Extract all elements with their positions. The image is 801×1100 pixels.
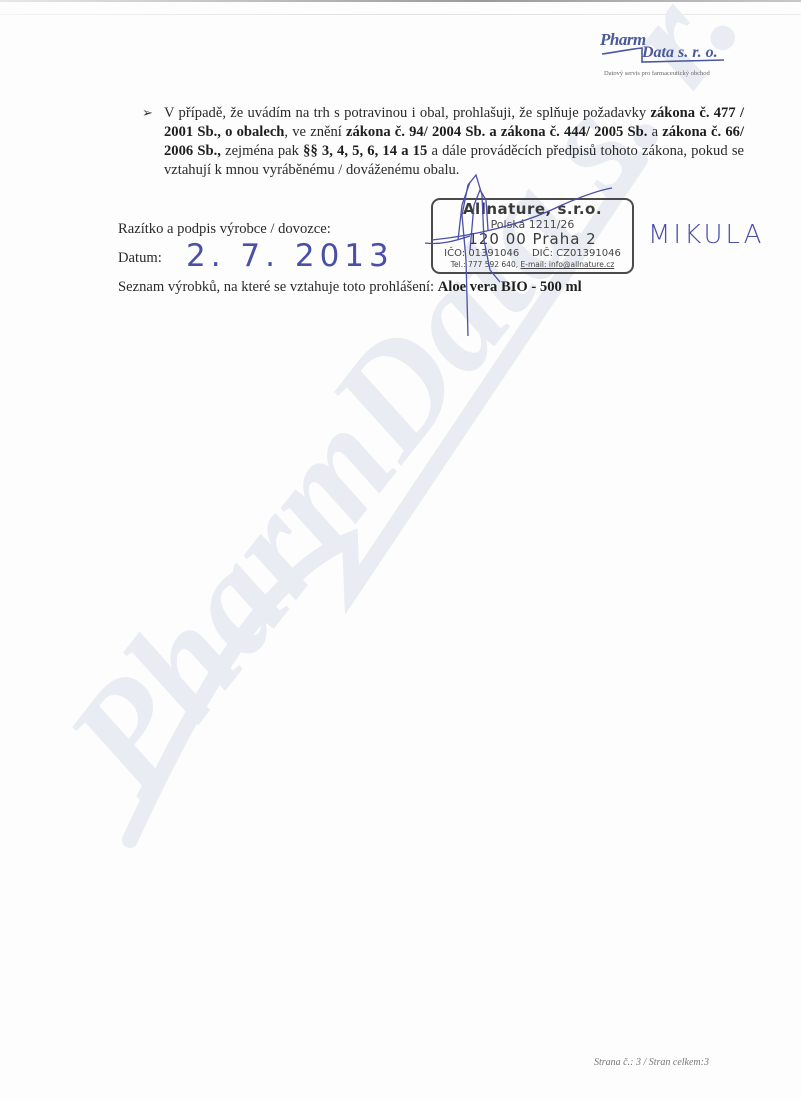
declaration-segment: V případě, že uvádím na trh s potravinou… [164, 105, 650, 121]
signer-name-handwritten: MIKULA [648, 220, 764, 250]
company-stamp: Allnature, s.r.o. Polská 1211/26 120 00 … [431, 198, 634, 274]
products-line: Seznam výrobků, na které se vztahuje tot… [118, 278, 582, 297]
logo-tagline: Datový servis pro farmaceutický obchod [604, 70, 710, 77]
declaration-segment: §§ 3, 4, 5, 6, 14 a 15 [303, 143, 427, 159]
declaration-paragraph: V případě, že uvádím na trh s potravinou… [164, 104, 744, 180]
declaration-segment: zejména pak [221, 143, 303, 159]
date-value-handwritten: 2. 7. 2013 [186, 238, 394, 274]
products-label: Seznam výrobků, na které se vztahuje tot… [118, 279, 434, 295]
stamp-ico: IČO: 01391046 [444, 248, 519, 259]
stamp-ids: IČO: 01391046 DIČ: CZ01391046 [433, 248, 632, 260]
stamp-email: E-mail: info@allnature.cz [521, 260, 615, 269]
arrow-bullet-icon: ➢ [142, 104, 153, 123]
products-value: Aloe vera BIO - 500 ml [438, 279, 582, 295]
stamp-signature-label: Razítko a podpis výrobce / dovozce: [118, 220, 331, 239]
stamp-phone: Tel.: 777 592 640, [451, 260, 518, 269]
logo-brand-part1: Pharm [600, 30, 646, 50]
scan-line [0, 14, 801, 15]
company-logo: Pharm Data s. r. o. Datový servis pro fa… [596, 28, 736, 82]
scan-edge [0, 0, 801, 2]
stamp-contact: Tel.: 777 592 640, E-mail: info@allnatur… [433, 260, 632, 270]
logo-brand-part2: Data s. r. o. [642, 44, 718, 62]
declaration-segment: a [647, 124, 662, 140]
declaration-segment: zákona č. 94/ 2004 Sb. a zákona č. 444/ … [346, 124, 647, 140]
declaration-segment: , ve znění [284, 124, 346, 140]
stamp-dic: DIČ: CZ01391046 [532, 248, 621, 259]
date-label: Datum: [118, 249, 162, 268]
page-number: Strana č.: 3 / Stran celkem:3 [594, 1057, 709, 1068]
stamp-city: 120 00 Praha 2 [433, 231, 632, 248]
stamp-company: Allnature, s.r.o. [433, 201, 632, 218]
